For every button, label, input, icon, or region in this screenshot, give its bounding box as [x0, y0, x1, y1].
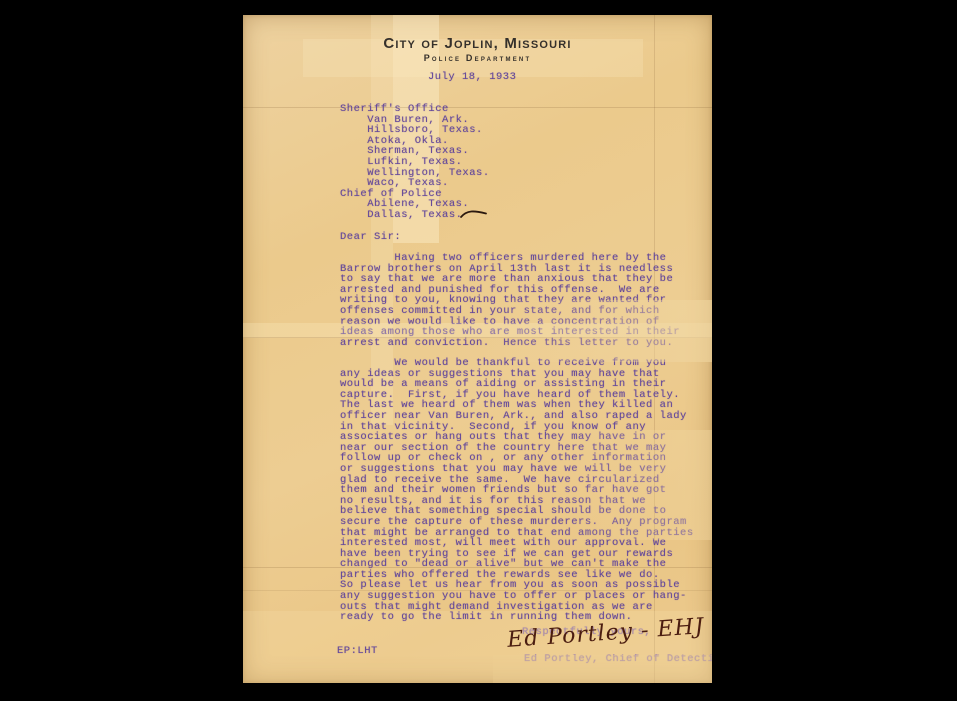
body-paragraph-2: We would be thankful to receive from you… [340, 358, 694, 623]
page-background: { "document": { "letterhead": { "title":… [0, 0, 957, 701]
body-paragraph-1: Having two officers murdered here by the… [340, 253, 680, 348]
recipient-line: Sheriff's Office [340, 104, 490, 115]
recipient-list: Sheriff's Office Van Buren, Ark. Hillsbo… [340, 104, 490, 221]
recipient-line: Lufkin, Texas. [340, 157, 490, 168]
typed-signature-line: Ed Portley, Chief of Detectiv [524, 654, 712, 665]
reference-initials: EP:LHT [337, 646, 378, 657]
letterhead-title: City of Joplin, Missouri [243, 35, 712, 52]
typed-line: arrest and conviction. Hence this letter… [340, 338, 680, 349]
typed-line: officer near Van Buren, Ark., and also r… [340, 411, 694, 422]
typed-line: secure the capture of these murderers. A… [340, 517, 694, 528]
typed-line: Having two officers murdered here by the [340, 253, 680, 264]
typed-line: offenses committed in your state, and fo… [340, 306, 680, 317]
letter-date: July 18, 1933 [428, 72, 516, 83]
handwritten-check-icon [459, 208, 489, 220]
letter-paper: City of Joplin, Missouri Police Departme… [243, 15, 712, 683]
typed-line: or suggestions that you may have we will… [340, 464, 694, 475]
letterhead: City of Joplin, Missouri Police Departme… [243, 35, 712, 63]
typed-line: We would be thankful to receive from you [340, 358, 694, 369]
salutation: Dear Sir: [340, 232, 401, 243]
letterhead-subtitle: Police Department [243, 53, 712, 63]
